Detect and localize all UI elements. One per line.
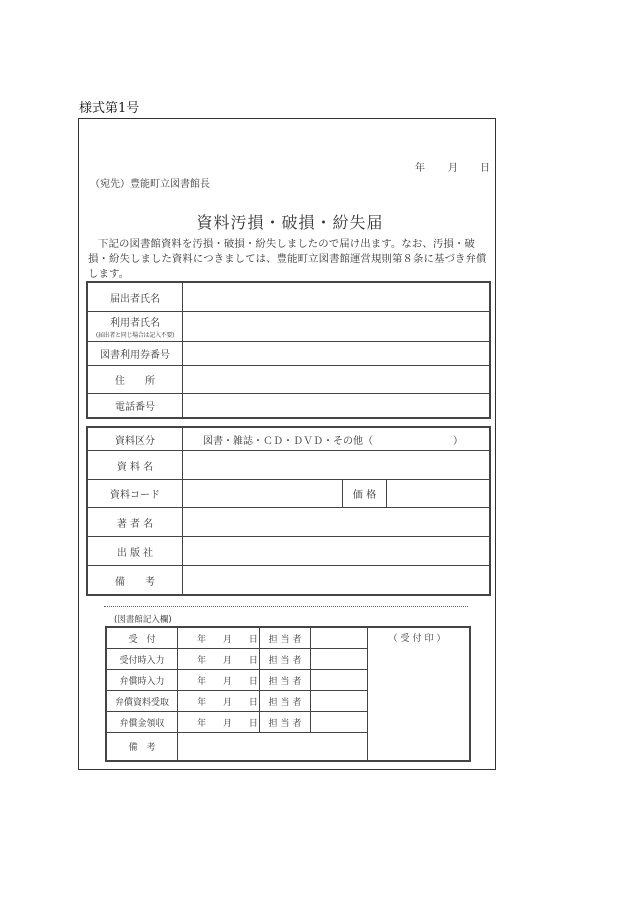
month-label: 月	[223, 695, 232, 708]
cut-line-divider	[104, 606, 468, 607]
day-label: 日	[249, 695, 258, 708]
table-row: 著 者 名	[88, 508, 490, 537]
reception-stamp-area: （受付印）	[368, 628, 470, 761]
label-user-name: 利用者氏名 (届出者と同じ場合は記入不要)	[88, 312, 183, 342]
label-category: 資料区分	[88, 428, 183, 451]
date-cell[interactable]: 年 月 日	[178, 628, 260, 649]
label-remarks: 備 考	[88, 566, 183, 595]
label-reception-input: 受付時入力	[107, 649, 178, 670]
table-row: 図書利用券番号	[88, 342, 490, 366]
table-row: 備 考	[88, 566, 490, 595]
field-library-remarks[interactable]	[178, 733, 368, 761]
month-label: 月	[223, 653, 232, 666]
label-compensation-input: 弁償時入力	[107, 670, 178, 691]
day-label: 日	[249, 716, 258, 729]
date-cell[interactable]: 年 月 日	[178, 712, 260, 733]
label-phone: 電話番号	[88, 394, 183, 418]
label-staff: 担 当 者	[260, 649, 311, 670]
month-label: 月	[223, 632, 232, 645]
day-label: 日	[249, 632, 258, 645]
label-staff: 担 当 者	[260, 712, 311, 733]
field-staff[interactable]	[311, 691, 368, 712]
field-remarks[interactable]	[183, 566, 490, 595]
field-price[interactable]	[387, 480, 490, 508]
addressee: （宛先）豊能町立図書館長	[90, 175, 210, 190]
label-address: 住 所	[88, 366, 183, 394]
table-row: 受 付 年 月 日 担 当 者 （受付印）	[107, 628, 470, 649]
year-label: 年	[197, 653, 206, 666]
field-staff[interactable]	[311, 670, 368, 691]
day-label: 日	[249, 653, 258, 666]
label-card-number: 図書利用券番号	[88, 342, 183, 366]
material-table: 資料区分 図書・雑誌・ＣＤ・ＤＶＤ・その他（ ） 資 料 名 資料コード 価 格…	[87, 427, 490, 595]
label-material-code: 資料コード	[88, 480, 183, 508]
label-user-name-text: 利用者氏名	[110, 318, 160, 329]
label-library-remarks: 備 考	[107, 733, 178, 761]
label-compensation-material-received: 弁償資料受取	[107, 691, 178, 712]
field-address[interactable]	[183, 366, 490, 394]
field-publisher[interactable]	[183, 537, 490, 566]
table-row: 届出者氏名	[88, 283, 490, 312]
label-staff: 担 当 者	[260, 628, 311, 649]
label-author: 著 者 名	[88, 508, 183, 537]
year-label: 年	[197, 632, 206, 645]
applicant-table: 届出者氏名 利用者氏名 (届出者と同じ場合は記入不要) 図書利用券番号 住 所 …	[87, 282, 490, 418]
month-label: 月	[223, 674, 232, 687]
year-label: 年	[197, 716, 206, 729]
table-row: 電話番号	[88, 394, 490, 418]
field-staff[interactable]	[311, 712, 368, 733]
label-reception: 受 付	[107, 628, 178, 649]
label-compensation-payment-received: 弁償金領収	[107, 712, 178, 733]
field-staff[interactable]	[311, 628, 368, 649]
table-row: 住 所	[88, 366, 490, 394]
table-row: 資 料 名	[88, 451, 490, 480]
label-material-name: 資 料 名	[88, 451, 183, 480]
label-publisher: 出 版 社	[88, 537, 183, 566]
field-author[interactable]	[183, 508, 490, 537]
table-row: 資料区分 図書・雑誌・ＣＤ・ＤＶＤ・その他（ ）	[88, 428, 490, 451]
date-cell[interactable]: 年 月 日	[178, 670, 260, 691]
field-staff[interactable]	[311, 649, 368, 670]
field-phone[interactable]	[183, 394, 490, 418]
table-row: 出 版 社	[88, 537, 490, 566]
field-card-number[interactable]	[183, 342, 490, 366]
field-applicant-name[interactable]	[183, 283, 490, 312]
date-cell[interactable]: 年 月 日	[178, 649, 260, 670]
date-year-label: 年	[415, 159, 425, 174]
month-label: 月	[223, 716, 232, 729]
date-month-label: 月	[448, 159, 458, 174]
field-material-name[interactable]	[183, 451, 490, 480]
library-use-table: 受 付 年 月 日 担 当 者 （受付印） 受付時入力 年 月 日 担 当 者 …	[106, 627, 470, 761]
day-label: 日	[249, 674, 258, 687]
form-number: 様式第1号	[79, 97, 139, 116]
category-options[interactable]: 図書・雑誌・ＣＤ・ＤＶＤ・その他（ ）	[183, 428, 490, 451]
document-title: 資料汚損・破損・紛失届	[0, 210, 580, 233]
table-row: 利用者氏名 (届出者と同じ場合は記入不要)	[88, 312, 490, 342]
date-day-label: 日	[480, 159, 490, 174]
label-staff: 担 当 者	[260, 670, 311, 691]
library-use-note: (図書館記入欄)	[114, 613, 172, 625]
date-cell[interactable]: 年 月 日	[178, 691, 260, 712]
field-material-code[interactable]	[183, 480, 343, 508]
year-label: 年	[197, 674, 206, 687]
label-applicant-name: 届出者氏名	[88, 283, 183, 312]
label-staff: 担 当 者	[260, 691, 311, 712]
label-price: 価 格	[343, 480, 387, 508]
year-label: 年	[197, 695, 206, 708]
field-user-name[interactable]	[183, 312, 490, 342]
body-paragraph: 下記の図書館資料を汚損・破損・紛失しましたので届け出ます。なお、汚損・破損・紛失…	[88, 237, 490, 282]
label-user-name-note: (届出者と同じ場合は記入不要)	[88, 330, 182, 339]
table-row: 資料コード 価 格	[88, 480, 490, 508]
